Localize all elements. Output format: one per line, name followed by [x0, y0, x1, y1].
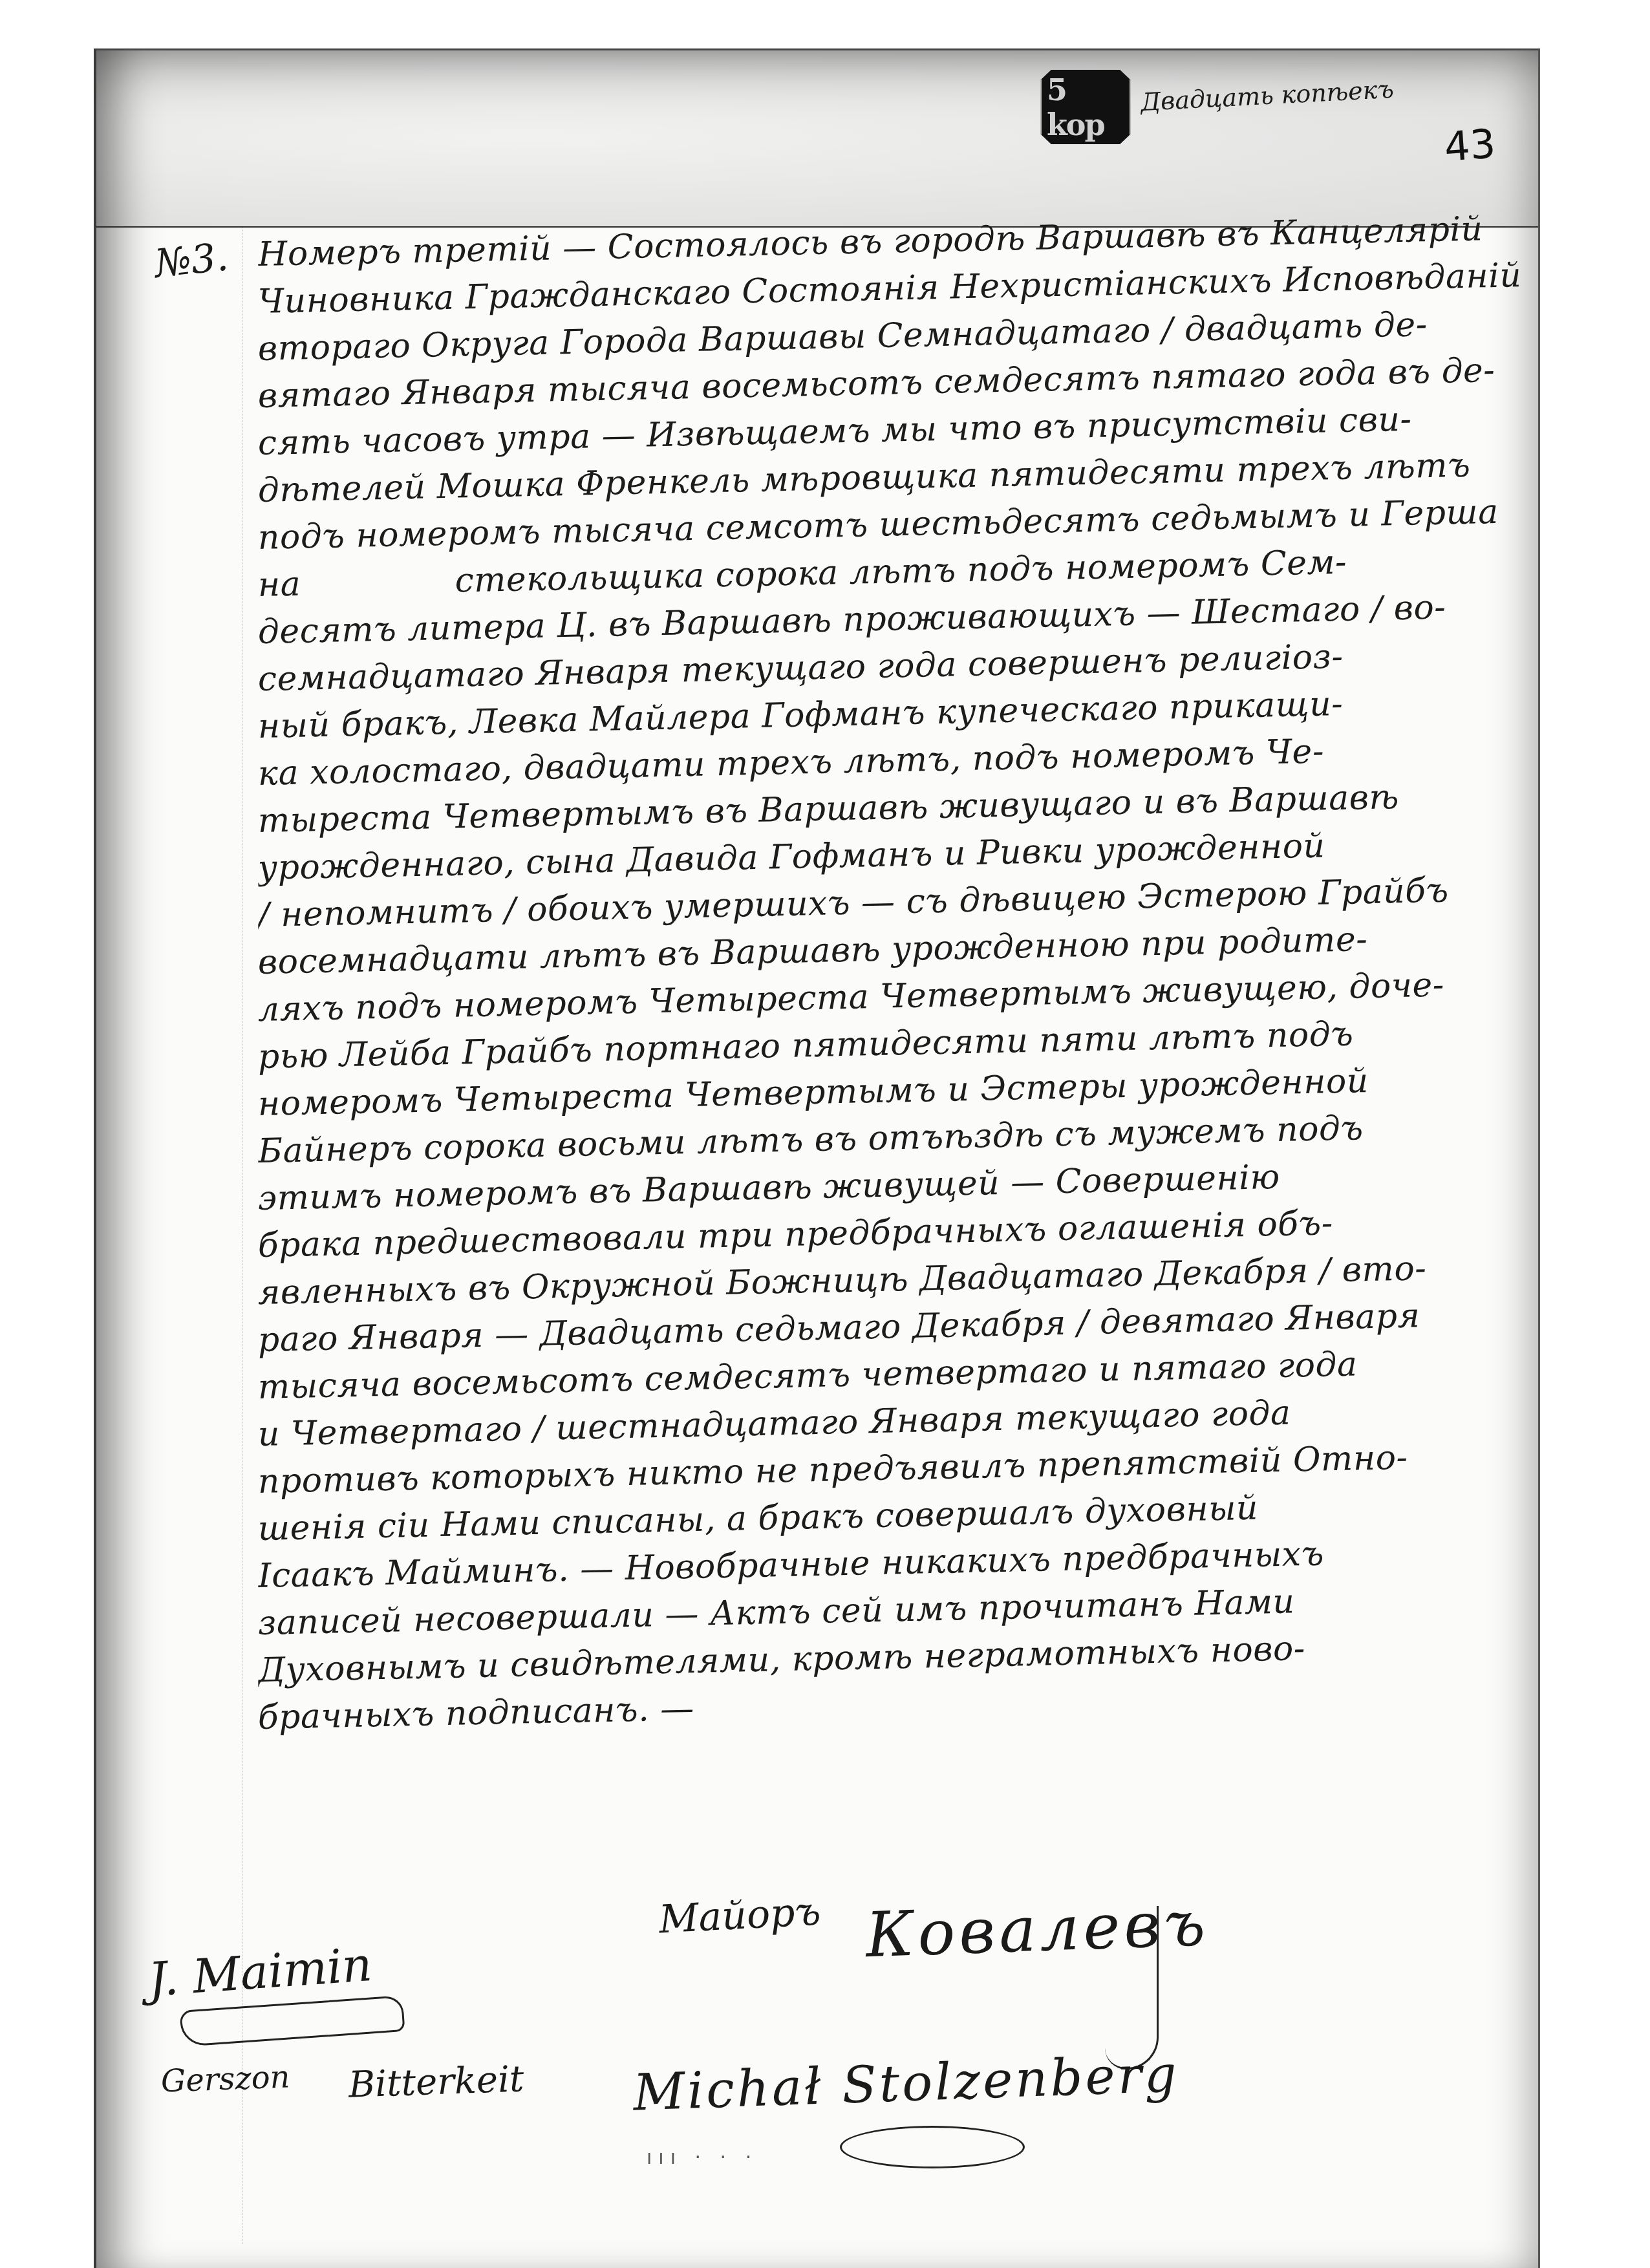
record-body: Номеръ третій — Состоялось въ городѣ Вар… [258, 231, 1519, 1742]
revenue-stamp-icon: 5 kop [1040, 70, 1131, 144]
scan-artifacts: ııı · · · [647, 2146, 758, 2169]
header-band [96, 50, 1538, 228]
official-rank: Майоръ [658, 1888, 822, 1942]
witness-signature: Bitterkeit [348, 2058, 525, 2106]
stamp-label: 5 kop [1040, 69, 1131, 146]
witness-signature: Michał Stolzenberg [632, 2045, 1180, 2122]
signature-flourish [179, 1995, 405, 2047]
page-number: 43 [1443, 120, 1497, 170]
signature-flourish [1105, 1906, 1159, 2070]
rabbi-signature: J. Maimin [146, 1937, 373, 2007]
signature-flourish [840, 2126, 1025, 2168]
record-number: №3. [153, 234, 231, 287]
document-sheet: 5 kop Двадцать копѣекъ 43 №3. Номеръ тре… [94, 48, 1540, 2268]
witness-signature: Gerszon [160, 2059, 290, 2100]
signature-block: Майоръ Ковалевъ J. Maimin Gerszon Bitter… [96, 1848, 1538, 2139]
